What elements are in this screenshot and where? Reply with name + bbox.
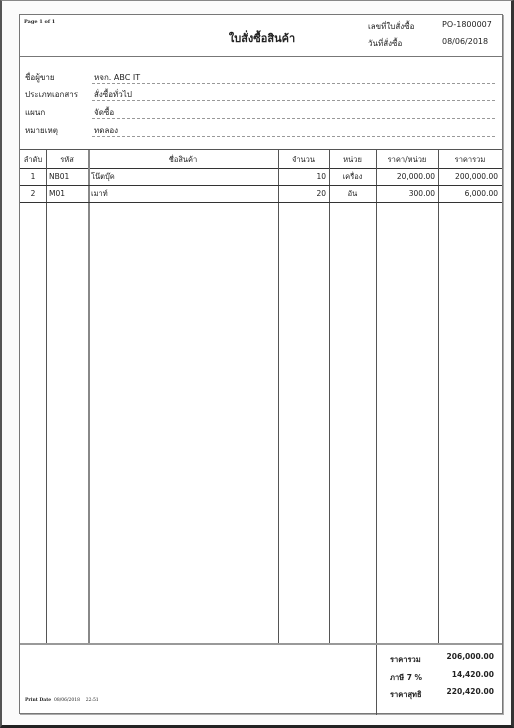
- info-remark: หมายเหตุ ทดลอง: [25, 124, 495, 138]
- row-divider: [20, 202, 502, 203]
- department-label: แผนก: [25, 106, 45, 119]
- col-header-name: ชื่อสินค้า: [88, 151, 278, 169]
- print-date-label: Print Date: [25, 698, 51, 703]
- col-header-code: รหัส: [46, 151, 88, 169]
- row-code: NB01: [49, 169, 87, 185]
- col-divider: [88, 150, 90, 644]
- col-divider: [438, 150, 439, 644]
- document-viewer-frame: Page 1 of 1 ใบสั่งซื้อสินค้า เลขที่ใบสั่…: [0, 0, 514, 728]
- vendor-value: หจก. ABC IT: [92, 71, 495, 84]
- vat-label: ภาษี 7 %: [390, 672, 422, 684]
- row-name: เมาท์: [91, 186, 276, 202]
- net-total-value: 220,420.00: [447, 687, 494, 696]
- remark-label: หมายเหตุ: [25, 124, 58, 137]
- header-divider: [20, 56, 502, 57]
- table-row: 2 M01 เมาท์ 20 อัน 300.00 6,000.00: [20, 186, 502, 202]
- row-code: M01: [49, 186, 87, 202]
- col-header-unit-price: ราคา/หน่วย: [376, 151, 438, 169]
- col-divider: [376, 150, 377, 715]
- page-indicator: Page 1 of 1: [24, 19, 55, 25]
- subtotal-value: 206,000.00: [447, 652, 494, 661]
- print-time-value: 22:51: [86, 698, 99, 703]
- col-header-total: ราคารวม: [438, 151, 502, 169]
- table-bottom-border: [20, 643, 502, 645]
- vendor-label: ชื่อผู้ขาย: [25, 71, 55, 84]
- vat-value: 14,420.00: [452, 670, 494, 679]
- row-unit-price: 20,000.00: [376, 169, 435, 185]
- row-unit: อัน: [329, 186, 376, 202]
- row-name: โน๊ตบุ๊ค: [91, 169, 276, 185]
- order-date-label: วันที่สั่งซื้อ: [368, 37, 402, 50]
- print-date-value: 08/06/2018: [54, 698, 80, 703]
- print-date: Print Date 08/06/2018 22:51: [25, 698, 99, 703]
- row-qty: 20: [278, 186, 326, 202]
- subtotal-label: ราคารวม: [390, 654, 421, 666]
- order-date: 08/06/2018: [442, 37, 488, 46]
- row-unit: เครื่อง: [329, 169, 376, 185]
- table-top-border: [20, 149, 502, 150]
- info-department: แผนก จัดซื้อ: [25, 106, 495, 120]
- table-row: 1 NB01 โน๊ตบุ๊ค 10 เครื่อง 20,000.00 200…: [20, 169, 502, 185]
- row-total: 6,000.00: [438, 186, 498, 202]
- col-divider: [329, 150, 330, 644]
- col-header-no: ลำดับ: [20, 151, 46, 169]
- doc-type-value: สั่งซื้อทั่วไป: [92, 88, 495, 101]
- col-divider: [46, 150, 47, 644]
- doc-type-label: ประเภทเอกสาร: [25, 88, 78, 101]
- document-title: ใบสั่งซื้อสินค้า: [20, 29, 504, 47]
- department-value: จัดซื้อ: [92, 106, 495, 119]
- remark-value: ทดลอง: [92, 124, 495, 137]
- net-total-label: ราคาสุทธิ: [390, 689, 422, 701]
- po-number: PO-1800007: [442, 20, 492, 29]
- info-doc-type: ประเภทเอกสาร สั่งซื้อทั่วไป: [25, 88, 495, 102]
- row-unit-price: 300.00: [376, 186, 435, 202]
- col-header-unit: หน่วย: [329, 151, 376, 169]
- col-header-qty: จำนวน: [278, 151, 329, 169]
- row-no: 1: [20, 169, 46, 185]
- col-divider: [278, 150, 279, 644]
- po-number-label: เลขที่ใบสั่งซื้อ: [368, 20, 414, 33]
- row-no: 2: [20, 186, 46, 202]
- row-qty: 10: [278, 169, 326, 185]
- purchase-order-page: Page 1 of 1 ใบสั่งซื้อสินค้า เลขที่ใบสั่…: [19, 14, 503, 714]
- info-vendor: ชื่อผู้ขาย หจก. ABC IT: [25, 71, 495, 85]
- row-total: 200,000.00: [438, 169, 498, 185]
